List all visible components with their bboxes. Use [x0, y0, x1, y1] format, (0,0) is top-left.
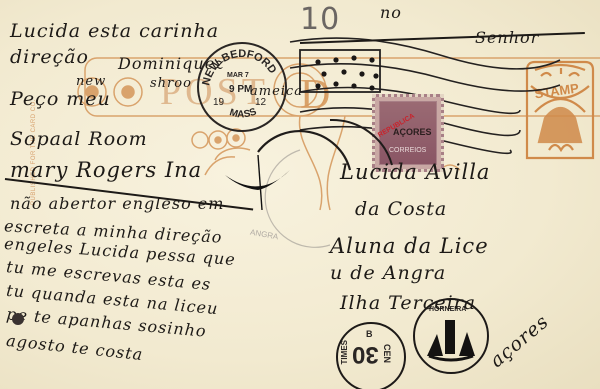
due-times: TIMES [340, 340, 349, 364]
address-line-1: Lucida Avilla [340, 160, 490, 184]
postcard: POST D STAMP POST STAMP PUBLISHED FOR TH… [0, 0, 600, 389]
message-line-2: direção [10, 46, 89, 68]
ink-spot [12, 313, 24, 325]
due-b: B [366, 329, 373, 339]
number-mark: 10 [300, 2, 340, 37]
due-postmark: B 30 CEN TIMES [336, 322, 406, 389]
crossed-word-2: shroo [150, 76, 192, 91]
address-line-4: u de Angra [330, 262, 446, 284]
due-cen: CEN [382, 344, 392, 363]
crossed-word-3: ameica [250, 84, 303, 99]
address-line-5: Ilha Terceira [340, 292, 476, 314]
message-line-6: mary Rogers Ina [10, 158, 202, 182]
top-right-no: no [380, 3, 402, 22]
message-line-4: Peço meu [10, 88, 111, 110]
address-line-3: Aluna da Lice [330, 234, 489, 258]
message-line-5: Sopaal Room [10, 128, 148, 150]
message-line-3: new [76, 74, 106, 89]
address-line-2: da Costa [355, 198, 447, 220]
message-line-7: não abertor engleso em [10, 194, 224, 213]
crossed-word-1: Dominiquez [118, 54, 225, 73]
message-line-1: Lucida esta carinha [10, 20, 219, 42]
top-right-senhor: Senhor [475, 28, 539, 47]
due-value: 30 [352, 340, 379, 368]
